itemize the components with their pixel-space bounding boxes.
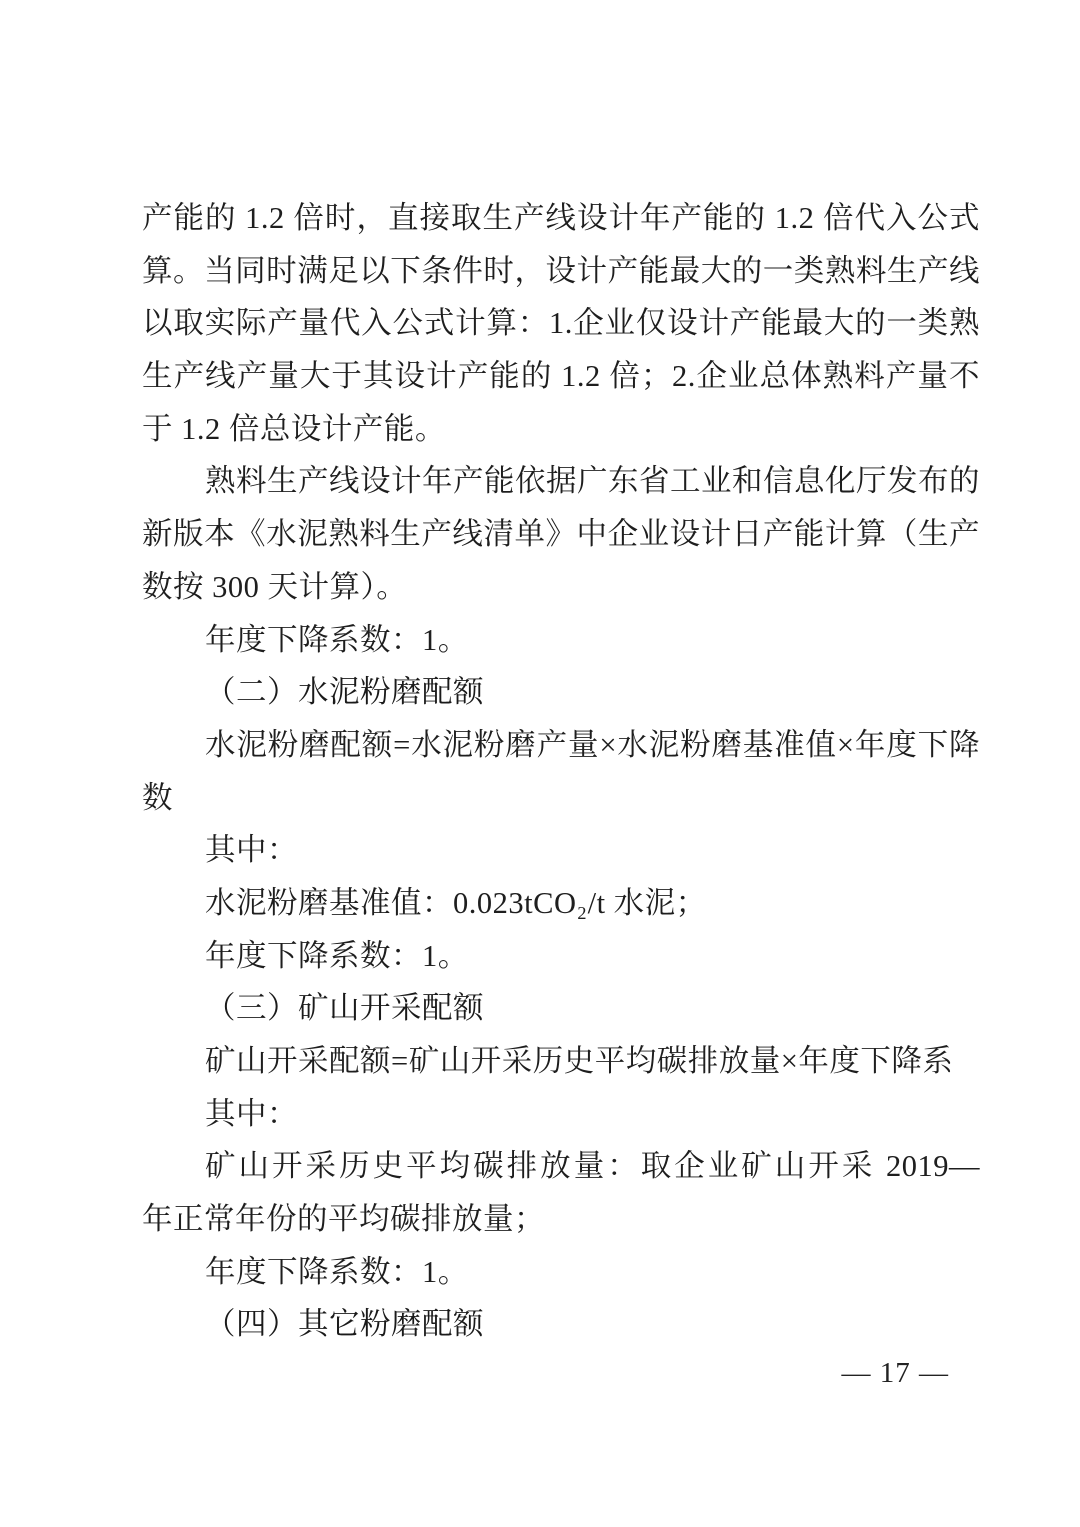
doc-line: 熟料生产线设计年产能依据广东省工业和信息化厅发布的最 xyxy=(142,455,980,508)
doc-line: 其中： xyxy=(142,1088,980,1141)
doc-line: 产能的 1.2 倍时，直接取生产线设计年产能的 1.2 倍代入公式计 xyxy=(142,192,980,245)
page-number: — 17 — xyxy=(842,1356,950,1390)
doc-line: 矿山开采历史平均碳排放量：取企业矿山开采 2019—2021 xyxy=(142,1140,980,1193)
doc-line: 其中： xyxy=(142,824,980,877)
formula-line: 矿山开采配额=矿山开采历史平均碳排放量×年度下降系数 xyxy=(142,1035,980,1088)
annual-decline-factor-line: 年度下降系数：1。 xyxy=(142,614,980,667)
doc-line: 数按 300 天计算）。 xyxy=(142,561,980,614)
annual-decline-factor-line: 年度下降系数：1。 xyxy=(142,1246,980,1299)
section-heading-mining-quota: （三）矿山开采配额 xyxy=(142,982,980,1035)
formula-line: 水泥粉磨配额=水泥粉磨产量×水泥粉磨基准值×年度下降系 xyxy=(142,719,980,772)
doc-line: 数 xyxy=(142,772,980,825)
annual-decline-factor-line: 年度下降系数：1。 xyxy=(142,930,980,983)
section-heading-cement-grinding-quota: （二）水泥粉磨配额 xyxy=(142,666,980,719)
doc-line: 新版本《水泥熟料生产线清单》中企业设计日产能计算（生产天 xyxy=(142,508,980,561)
document-text-block: 产能的 1.2 倍时，直接取生产线设计年产能的 1.2 倍代入公式计 算。当同时… xyxy=(142,192,980,1351)
doc-line: 算。当同时满足以下条件时，设计产能最大的一类熟料生产线可 xyxy=(142,245,980,298)
doc-line: 以取实际产量代入公式计算：1.企业仅设计产能最大的一类熟料 xyxy=(142,297,980,350)
doc-line: 于 1.2 倍总设计产能。 xyxy=(142,403,980,456)
doc-line: 生产线产量大于其设计产能的 1.2 倍；2.企业总体熟料产量不大 xyxy=(142,350,980,403)
section-heading-other-grinding-quota: （四）其它粉磨配额 xyxy=(142,1298,980,1351)
benchmark-value-line: 水泥粉磨基准值：0.023tCO₂/t 水泥； xyxy=(142,877,980,930)
doc-line: 年正常年份的平均碳排放量； xyxy=(142,1193,980,1246)
document-page: 产能的 1.2 倍时，直接取生产线设计年产能的 1.2 倍代入公式计 算。当同时… xyxy=(0,0,1080,1527)
